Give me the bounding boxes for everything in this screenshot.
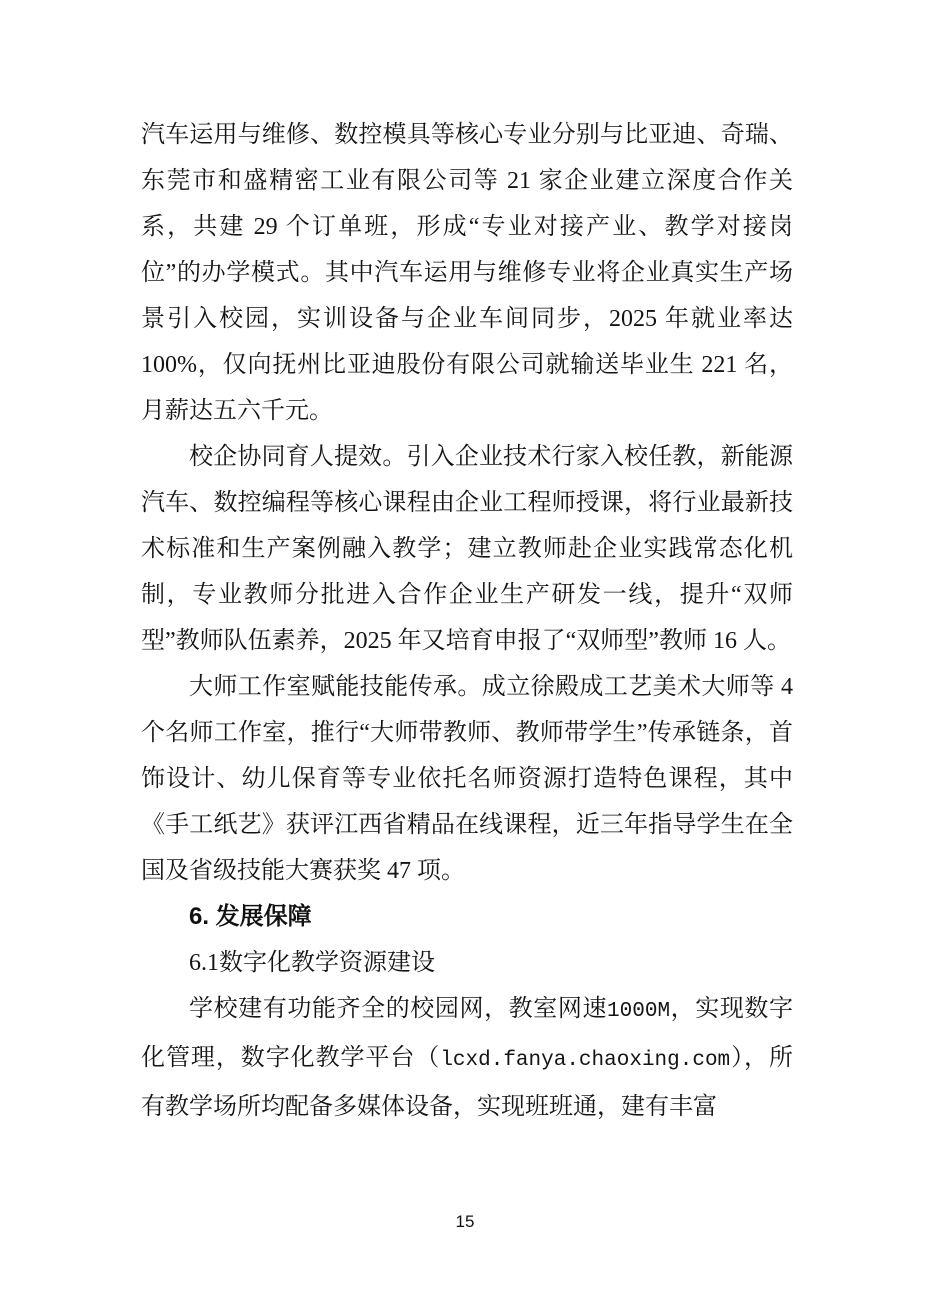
paragraph-campus-network: 学校建有功能齐全的校园网，教室网速1000M，实现数字化管理，数字化教学平台（l… <box>141 986 793 1130</box>
campus-network-text-before-speed: 学校建有功能齐全的校园网，教室网速 <box>189 996 607 1022</box>
section-heading-development-guarantee: 6. 发展保障 <box>141 894 793 940</box>
paragraph-master-studio: 大师工作室赋能技能传承。成立徐殿成工艺美术大师等 4 个名师工作室，推行“大师带… <box>141 664 793 894</box>
network-speed-value: 1000M <box>607 1000 670 1023</box>
document-content: 汽车运用与维修、数控模具等核心专业分别与比亚迪、奇瑞、东莞市和盛精密工业有限公司… <box>141 112 793 1130</box>
paragraph-school-enterprise-cooperation: 汽车运用与维修、数控模具等核心专业分别与比亚迪、奇瑞、东莞市和盛精密工业有限公司… <box>141 112 793 434</box>
subsection-heading-digital-teaching-resources: 6.1数字化教学资源建设 <box>141 940 793 986</box>
page-number: 15 <box>0 1212 930 1232</box>
teaching-platform-url: lcxd.fanya.chaoxing.com <box>440 1049 730 1072</box>
document-page: 汽车运用与维修、数控模具等核心专业分别与比亚迪、奇瑞、东莞市和盛精密工业有限公司… <box>0 0 930 1315</box>
paragraph-collaborative-education: 校企协同育人提效。引入企业技术行家入校任教，新能源汽车、数控编程等核心课程由企业… <box>141 434 793 664</box>
